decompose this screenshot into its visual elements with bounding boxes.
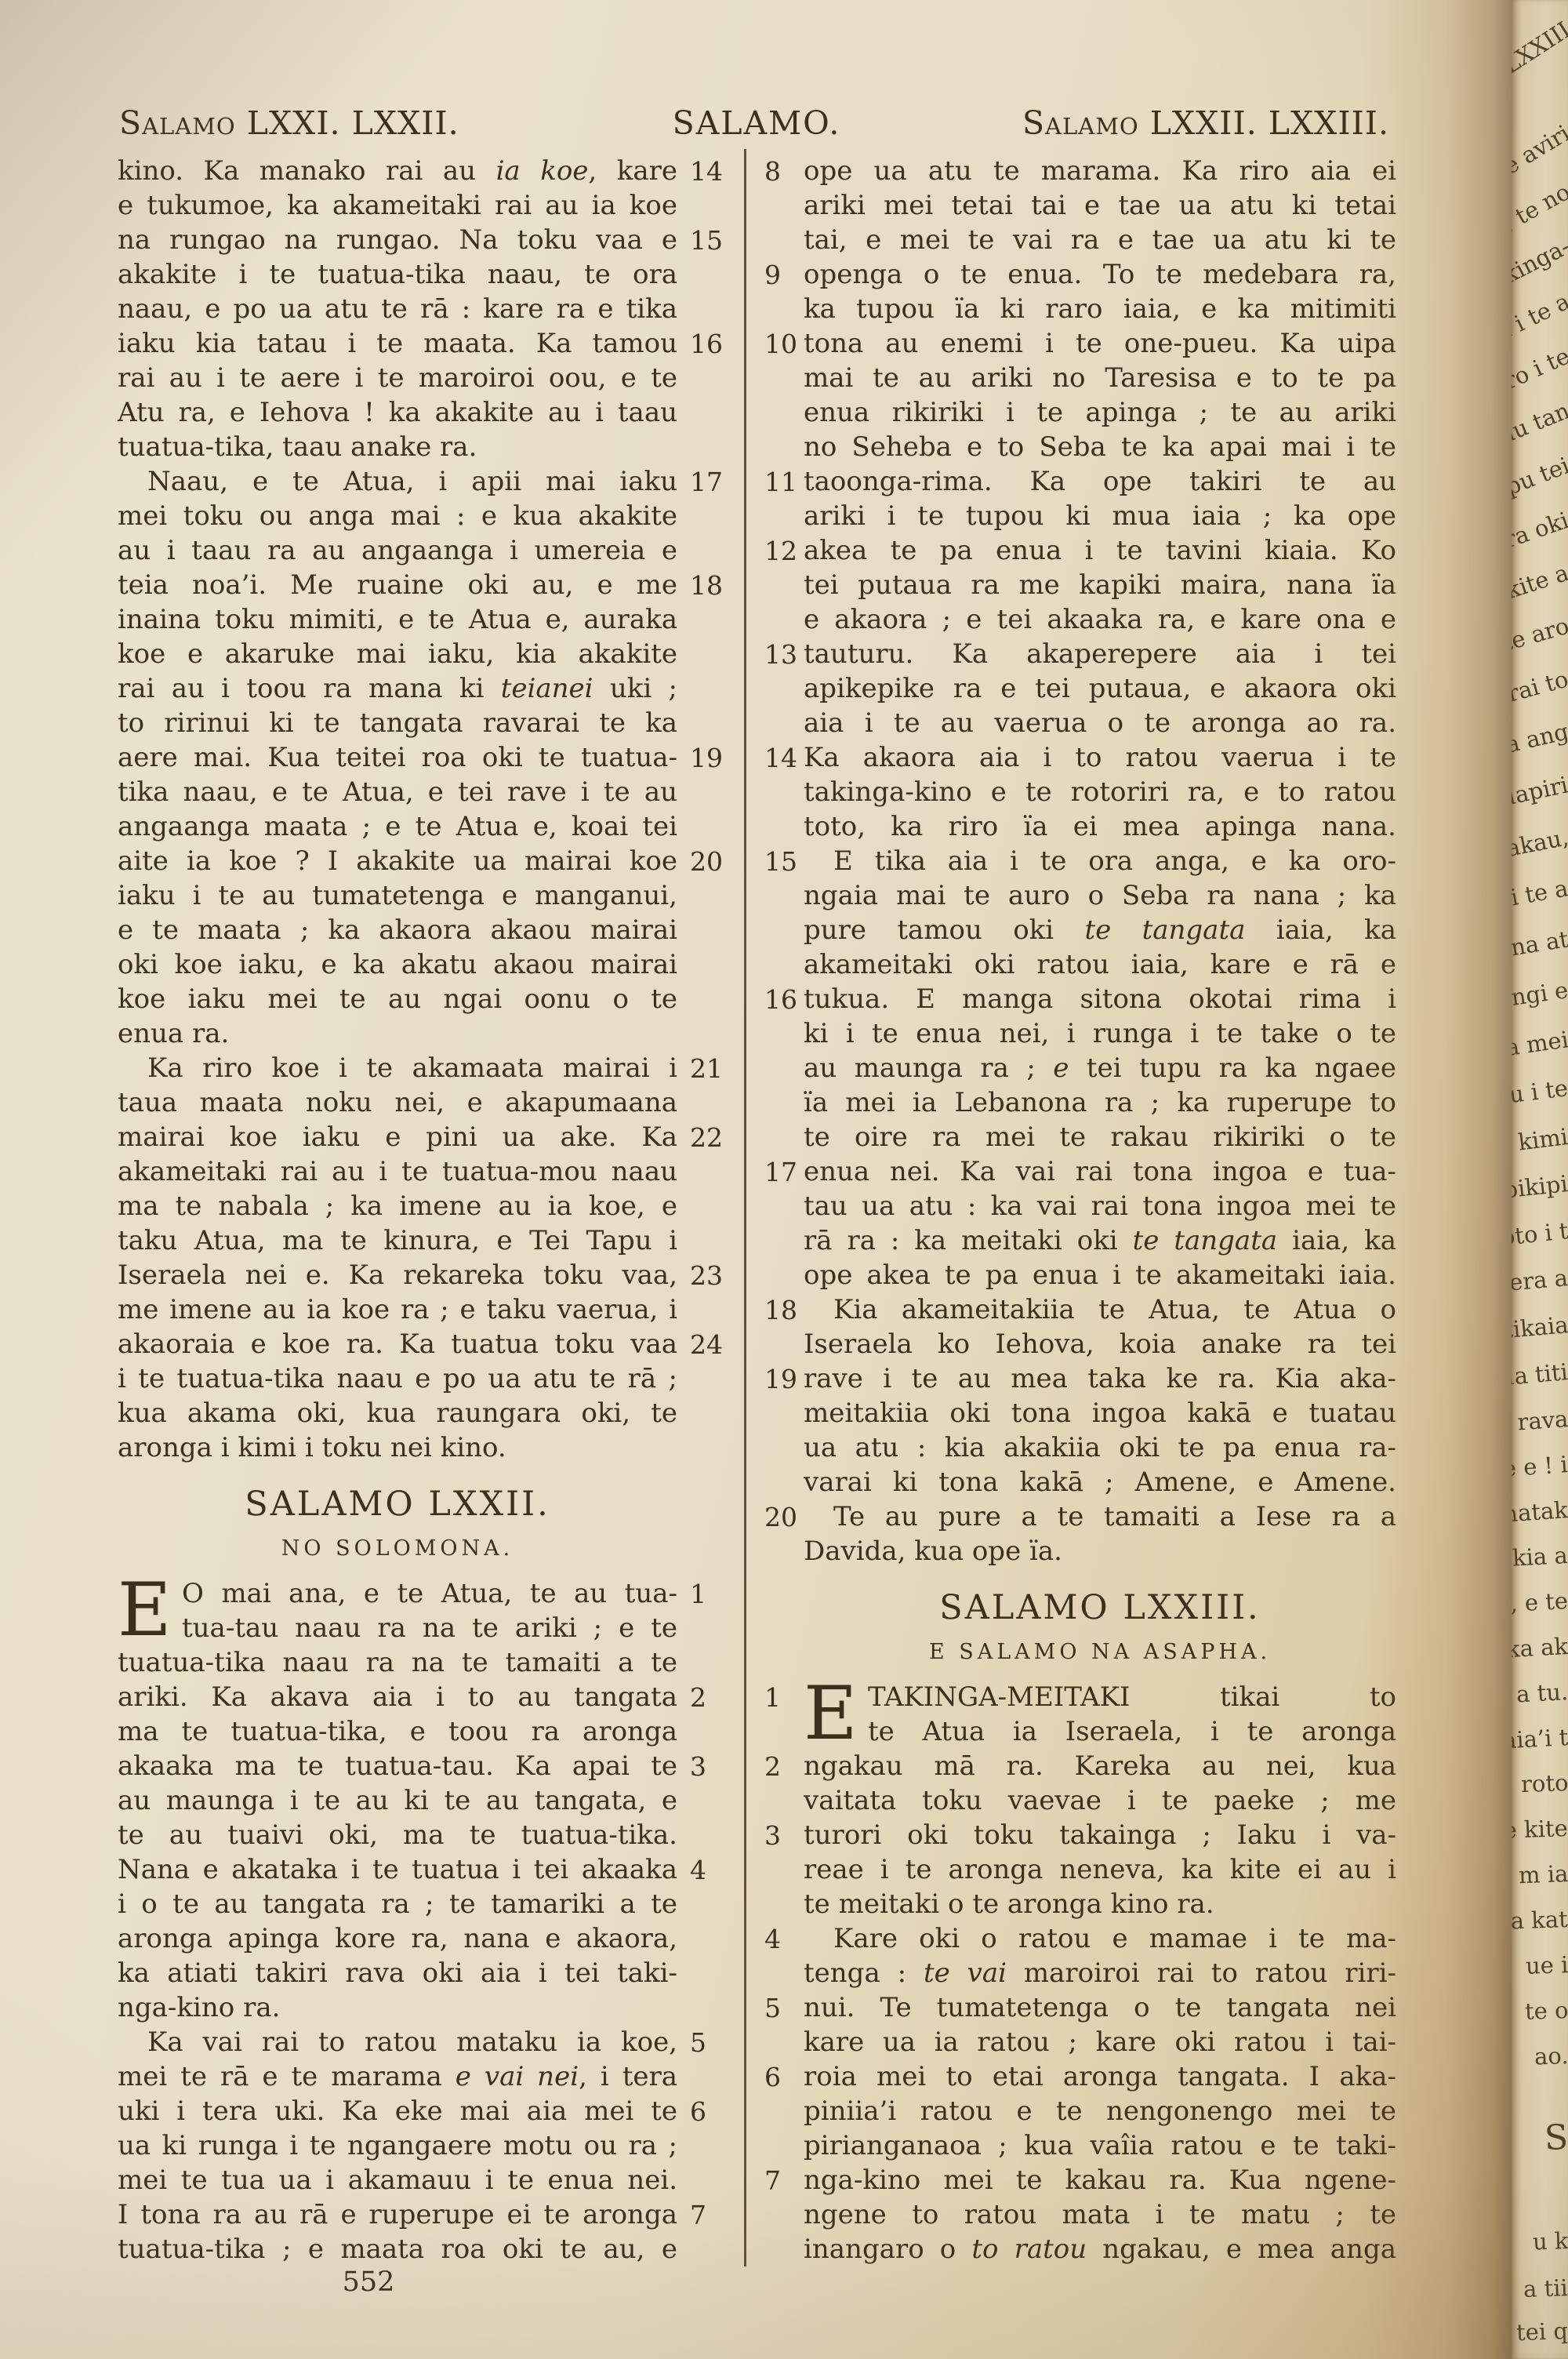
verse-text: tuatua-tika naau ra na te tamaiti a te <box>118 1645 677 1680</box>
verse-line: koe iaku mei te au ngai oonu o te <box>118 982 739 1016</box>
verse-number <box>764 499 804 533</box>
verse-line: 14Ka akaora aia i to ratou vaerua i te <box>764 740 1396 775</box>
edge-text-fragment: kia a <box>1512 1542 1568 1572</box>
verse-text: tuatua-tika, taau anake ra. <box>118 430 677 464</box>
page-number: 552 <box>118 2266 619 2298</box>
verse-line: tau ua atu : ka vai rai tona ingoa mei t… <box>764 1189 1396 1223</box>
verse-text: kare ua ia ratou ; kare oki ratou i tai- <box>804 2025 1396 2059</box>
verse-text: te Atua ia Iseraela, i te aronga <box>804 1714 1396 1749</box>
verse-text: ïa mei ia Lebanona ra ; ka ruperupe to <box>804 1085 1396 1120</box>
verse-number <box>677 706 739 740</box>
running-head-right: Salamo LXXII. LXXIII. <box>1022 104 1389 143</box>
edge-text-fragment: i roto i t <box>1512 1217 1568 1253</box>
verse-line: rai au i te aere i te maroiroi oou, e te <box>118 361 739 395</box>
verse-text: Ka vai rai to ratou mataku ia koe, <box>118 2025 677 2059</box>
verse-number <box>764 1016 804 1051</box>
verse-line: me imene au ia koe ra ; e taku vaerua, i <box>118 1292 739 1327</box>
verse-text: tona au enemi i te one-pueu. Ka uipa <box>804 326 1396 361</box>
verse-text: varai ki tona kakā ; Amene, e Amene. <box>804 1465 1396 1499</box>
verse-number: 2 <box>764 1749 804 1783</box>
verse-text: reae i te aronga neneva, ka kite ei au i <box>804 1852 1396 1887</box>
verse-text: aia i te au vaerua o te aronga ao ra. <box>804 706 1396 740</box>
verse-line: 3turori oki toku takainga ; Iaku i va- <box>764 1818 1396 1852</box>
verse-text: tukua. E manga sitona okotai rima i <box>804 982 1396 1016</box>
verse-line: tuatua-tika naau ra na te tamaiti a te <box>118 1645 739 1680</box>
verse-number: 17 <box>677 464 739 499</box>
verse-line: 8ope ua atu te marama. Ka riro aia ei <box>764 154 1396 188</box>
verse-line: rai au i toou ra mana ki teianei uki ; <box>118 671 739 706</box>
verse-text: enua nei. Ka vai rai tona ingoa e tua- <box>804 1154 1396 1189</box>
verse-text: O mai ana, e te Atua, te au tua- <box>118 1576 677 1611</box>
verse-number: 5 <box>677 2025 739 2059</box>
verse-line: ki i te enua nei, i runga i te take o te <box>764 1016 1396 1051</box>
verse-line: Iseraela nei e. Ka rekareka toku vaa,23 <box>118 1258 739 1292</box>
verse-number <box>677 1645 739 1680</box>
verse-text: e tukumoe, ka akameitaki rai au ia koe <box>118 188 677 223</box>
verse-number <box>764 1327 804 1361</box>
verse-number <box>764 430 804 464</box>
verse-line: 20Te au pure a te tamaiti a Iese ra a <box>764 1499 1396 1534</box>
edge-text-fragment: po na at <box>1512 925 1568 966</box>
verse-line: vaitata toku vaevae i te paeke ; me <box>764 1783 1396 1818</box>
verse-number <box>764 361 804 395</box>
verse-text: akameitaki rai au i te tuatua-mou naau <box>118 1154 677 1189</box>
verse-text: akameitaki oki ratou iaia, kare e rā e <box>804 947 1396 982</box>
verse-text: enua ra. <box>118 1016 677 1051</box>
verse-number: 14 <box>677 154 739 188</box>
verse-line: na rungao na rungao. Na toku vaa e15 <box>118 223 739 257</box>
verse-text: meitakiia oki tona ingoa kakā e tuatau <box>804 1396 1396 1430</box>
edge-text-fragment: kua titi <box>1512 1358 1568 1392</box>
verse-text: tika naau, e te Atua, e tei rave i te au <box>118 775 677 809</box>
verse-line: ma te nabala ; ka imene au ia koe, e <box>118 1189 739 1223</box>
verse-number: 5 <box>764 1990 804 2025</box>
edge-text-fragment: te o <box>1524 1997 1568 2025</box>
verse-number: 2 <box>677 1680 739 1714</box>
verse-text: au maunga i te au ki te au tangata, e <box>118 1783 677 1818</box>
verse-line: inaina toku mimiti, e te Atua e, auraka <box>118 602 739 637</box>
verse-number <box>764 809 804 844</box>
verse-text: te au tuaivi oki, ma te tuatua-tika. <box>118 1818 677 1852</box>
edge-text-fragment: a tu. <box>1515 1678 1568 1707</box>
verse-number <box>764 1396 804 1430</box>
verse-number: 6 <box>677 2094 739 2128</box>
verse-text: Te au pure a te tamaiti a Iese ra a <box>804 1499 1396 1534</box>
edge-text-fragment: a, e te <box>1512 1587 1568 1618</box>
verse-number: 12 <box>764 533 804 568</box>
verse-number <box>677 671 739 706</box>
next-page-edge: LXXIIITe aviri; te notakinga-ra i te aae… <box>1512 0 1568 2359</box>
verse-text: ariki i te tupou ki mua iaia ; ka ope <box>804 499 1396 533</box>
verse-number: 23 <box>677 1258 739 1292</box>
verse-number: 3 <box>764 1818 804 1852</box>
verse-text: akakite i te tuatua-tika naau, te ora <box>118 257 677 292</box>
verse-text: ariki. Ka akava aia i to au tangata <box>118 1680 677 1714</box>
verse-line: 2ngakau mā ra. Kareka au nei, kua <box>764 1749 1396 1783</box>
verse-line: 5nui. Te tumatetenga o te tangata nei <box>764 1990 1396 2025</box>
verse-line: akaaka ma te tuatua-tau. Ka apai te3 <box>118 1749 739 1783</box>
edge-text-fragment: ka ak <box>1512 1633 1568 1663</box>
edge-text-fragment: tei q <box>1516 2317 1568 2346</box>
verse-text: tai, e mei te vai ra e tae ua atu ki te <box>804 223 1396 257</box>
verse-line: ope akea te pa enua i te akameitaki iaia… <box>764 1258 1396 1292</box>
verse-line: akameitaki rai au i te tuatua-mou naau <box>118 1154 739 1189</box>
verse-number <box>677 361 739 395</box>
verse-number: 19 <box>764 1361 804 1396</box>
verse-line: Ka riro koe i te akamaata mairai i21 <box>118 1051 739 1085</box>
edge-text-fragment: i u i te <box>1512 1074 1568 1110</box>
verse-text: tuatua-tika ; e maata roa oki te au, e <box>118 2232 677 2266</box>
verse-text: E tika aia i te ora anga, e ka oro- <box>804 844 1396 878</box>
verse-text: turori oki toku takainga ; Iaku i va- <box>804 1818 1396 1852</box>
verse-line: pure tamou oki te tangata iaia, ka <box>764 913 1396 947</box>
verse-number: 4 <box>677 1852 739 1887</box>
verse-line: mei te rā e te marama e vai nei, i tera <box>118 2059 739 2094</box>
verse-number <box>764 706 804 740</box>
verse-text: aronga i kimi i toku nei kino. <box>118 1430 677 1465</box>
verse-number: 18 <box>677 568 739 602</box>
verse-text: Ka riro koe i te akamaata mairai i <box>118 1051 677 1085</box>
verse-number <box>764 223 804 257</box>
verse-number <box>764 1085 804 1120</box>
verse-text: apikepike ra e tei putaua, e akaora oki <box>804 671 1396 706</box>
verse-text: ka tupou ïa ki raro iaia, e ka mitimiti <box>804 292 1396 326</box>
verse-line: 19rave i te au mea taka ke ra. Kia aka- <box>764 1361 1396 1396</box>
verse-line: aia i te au vaerua o te aronga ao ra. <box>764 706 1396 740</box>
verse-text: Nana e akataka i te tuatua i tei akaaka <box>118 1852 677 1887</box>
verse-text: ngaia mai te auro o Seba ra nana ; ka <box>804 878 1396 913</box>
verse-text: enua rikiriki i te apinga ; te au ariki <box>804 395 1396 430</box>
verse-text: Iseraela ko Iehova, koia anake ra tei <box>804 1327 1396 1361</box>
verse-number: 15 <box>764 844 804 878</box>
verse-text: kua akama oki, kua raungara oki, te <box>118 1396 677 1430</box>
verse-text: piniia’i ratou e te nengonengo mei te <box>804 2094 1396 2128</box>
verse-number: 11 <box>764 464 804 499</box>
verse-line: iaku kia tatau i te maata. Ka tamou16 <box>118 326 739 361</box>
verse-text: akaoraia e koe ra. Ka tuatua toku vaa <box>118 1327 677 1361</box>
verse-text: iaku kia tatau i te maata. Ka tamou <box>118 326 677 361</box>
edge-text-fragment: i te a <box>1512 874 1568 911</box>
verse-number: 17 <box>764 1154 804 1189</box>
verse-number <box>764 947 804 982</box>
verse-text: au maunga ra ; e tei tupu ra ka ngaee <box>804 1051 1396 1085</box>
column-divider-rule <box>744 149 746 2266</box>
verse-text: to ririnui ki te tangata ravarai te ka <box>118 706 677 740</box>
verse-line: 1TAKINGA-MEITAKI tikai toE <box>764 1680 1396 1714</box>
edge-text-fragment: ; te no <box>1512 178 1568 237</box>
verse-line: kua akama oki, kua raungara oki, te <box>118 1396 739 1430</box>
verse-number: 6 <box>764 2059 804 2094</box>
verse-text: mei te rā e te marama e vai nei, i tera <box>118 2059 677 2094</box>
verse-number <box>677 1783 739 1818</box>
verse-line: meitakiia oki tona ingoa kakā e tuatau <box>764 1396 1396 1430</box>
verse-line: ua ki runga i te ngangaere motu ou ra ; <box>118 2128 739 2163</box>
verse-number <box>764 1887 804 1921</box>
verse-text: Kia akameitakiia te Atua, te Atua o <box>804 1292 1396 1327</box>
verse-number <box>764 602 804 637</box>
edge-text-fragment: roto <box>1520 1769 1568 1797</box>
verse-line: tuatua-tika, taau anake ra. <box>118 430 739 464</box>
verse-number <box>764 1051 804 1085</box>
verse-number <box>764 1852 804 1887</box>
verse-text: uki i tera uki. Ka eke mai aia mei te <box>118 2094 677 2128</box>
verse-number <box>764 775 804 809</box>
verse-line: au i taau ra au angaanga i umereia e <box>118 533 739 568</box>
verse-line: tai, e mei te vai ra e tae ua atu ki te <box>764 223 1396 257</box>
verse-text: ma te nabala ; ka imene au ia koe, e <box>118 1189 677 1223</box>
verse-text: vaitata toku vaevae i te paeke ; me <box>804 1783 1396 1818</box>
verse-line: Davida, kua ope ïa. <box>764 1534 1396 1568</box>
edge-text-fragment: tikaia <box>1512 1311 1568 1343</box>
verse-line: Iseraela ko Iehova, koia anake ra tei <box>764 1327 1396 1361</box>
verse-line: 12akea te pa enua i te tavini kiaia. Ko <box>764 533 1396 568</box>
verse-number <box>677 1921 739 1956</box>
verse-number: 3 <box>677 1749 739 1783</box>
verse-line: aronga apinga kore ra, nana e akaora, <box>118 1921 739 1956</box>
verse-line: 13tauturu. Ka akaperepere aia i tei <box>764 637 1396 671</box>
verse-number <box>764 2197 804 2232</box>
verse-number <box>764 1534 804 1568</box>
verse-number <box>677 982 739 1016</box>
verse-text: ki i te enua nei, i runga i te take o te <box>804 1016 1396 1051</box>
verse-text: teia noa’i. Me ruaine oki au, e me <box>118 568 677 602</box>
verse-line: no Seheba e to Seba te ka apai mai i te <box>764 430 1396 464</box>
verse-text: mai te au ariki no Taresisa e to te pa <box>804 361 1396 395</box>
verse-text: koe iaku mei te au ngai oonu o te <box>118 982 677 1016</box>
verse-number: 1 <box>677 1576 739 1611</box>
edge-text-fragment: kapu tei <box>1512 452 1568 511</box>
verse-line: te oire ra mei te rakau rikiriki o te <box>764 1120 1396 1154</box>
verse-number <box>764 1956 804 1990</box>
verse-text: taoonga-rima. Ka ope takiri te au <box>804 464 1396 499</box>
verse-line: inangaro o to ratou ngakau, e mea anga <box>764 2232 1396 2266</box>
verse-line: enua ra. <box>118 1016 739 1051</box>
verse-line: pirianganaoa ; kua vaîia ratou e te taki… <box>764 2128 1396 2163</box>
verse-text: roia mei to etai aronga tangata. I aka- <box>804 2059 1396 2094</box>
verse-line: Naau, e te Atua, i apii mai iaku17 <box>118 464 739 499</box>
verse-number <box>764 2025 804 2059</box>
verse-number <box>764 878 804 913</box>
verse-line: koe e akaruke mai iaku, kia akakite <box>118 637 739 671</box>
verse-text: angaanga maata ; e te Atua e, koai tei <box>118 809 677 844</box>
edge-text-fragment: na kat <box>1512 1906 1568 1935</box>
verse-line: 15E tika aia i te ora anga, e ka oro- <box>764 844 1396 878</box>
verse-number <box>677 499 739 533</box>
verse-line: apikepike ra e tei putaua, e akaora oki <box>764 671 1396 706</box>
verse-number <box>677 1714 739 1749</box>
edge-text-fragment: ra oki <box>1512 507 1568 554</box>
verse-number <box>677 1990 739 2025</box>
verse-line: akameitaki oki ratou iaia, kare e rā e <box>764 947 1396 982</box>
verse-text: te meitaki o te aronga kino ra. <box>804 1887 1396 1921</box>
edge-text-fragment: te kite <box>1512 1815 1568 1844</box>
verse-line: uki i tera uki. Ka eke mai aia mei te6 <box>118 2094 739 2128</box>
verse-line: te meitaki o te aronga kino ra. <box>764 1887 1396 1921</box>
verse-number: 4 <box>764 1921 804 1956</box>
verse-text: ngakau mā ra. Kareka au nei, kua <box>804 1749 1396 1783</box>
verse-number <box>677 1292 739 1327</box>
verse-number <box>677 1818 739 1852</box>
verse-line: 4Kare oki o ratou e mamae i te ma- <box>764 1921 1396 1956</box>
verse-line: ngaia mai te auro o Seba ra nana ; ka <box>764 878 1396 913</box>
verse-number <box>677 2059 739 2094</box>
verse-number <box>764 1189 804 1223</box>
verse-text: I tona ra au rā e ruperupe ei te aronga <box>118 2197 677 2232</box>
edge-text-fragment: te e ! i <box>1512 1451 1568 1483</box>
verse-line: i te tuatua-tika naau e po ua atu te rā … <box>118 1361 739 1396</box>
verse-text: Atu ra, e Iehova ! ka akakite au i taau <box>118 395 677 430</box>
edge-text-fragment: u k <box>1532 2227 1568 2255</box>
verse-number: 21 <box>677 1051 739 1085</box>
verse-text: pure tamou oki te tangata iaia, ka <box>804 913 1396 947</box>
verse-number: 14 <box>764 740 804 775</box>
edge-text-fragment: S <box>1544 2117 1568 2158</box>
verse-number <box>677 947 739 982</box>
verse-text: rā ra : ka meitaki oki te tangata iaia, … <box>804 1223 1396 1258</box>
verse-text: openga o te enua. To te medebara ra, <box>804 257 1396 292</box>
verse-number <box>677 2232 739 2266</box>
verse-number <box>677 2163 739 2197</box>
verse-number <box>677 2128 739 2163</box>
verse-number: 22 <box>677 1120 739 1154</box>
verse-line: aite ia koe ? I akakite ua mairai koe20 <box>118 844 739 878</box>
verse-text: ariki mei tetai tai e tae ua atu ki teta… <box>804 188 1396 223</box>
verse-text: mairai koe iaku e pini ua ake. Ka <box>118 1120 677 1154</box>
edge-text-fragment: pikipi <box>1512 1170 1568 1203</box>
edge-text-fragment: ngi e <box>1512 976 1568 1011</box>
verse-text: tei putaua ra me kapiki maira, nana ïa <box>804 568 1396 602</box>
verse-line: e akaora ; e tei akaaka ra, e kare ona e <box>764 602 1396 637</box>
verse-text: TAKINGA-MEITAKI tikai to <box>804 1680 1396 1714</box>
verse-text: te oire ra mei te rakau rikiriki o te <box>804 1120 1396 1154</box>
verse-number <box>764 1258 804 1292</box>
verse-line: reae i te aronga neneva, ka kite ei au i <box>764 1852 1396 1887</box>
verse-line: tuatua-tika ; e maata roa oki te au, e <box>118 2232 739 2266</box>
verse-text: tau ua atu : ka vai rai tona ingoa mei t… <box>804 1189 1396 1223</box>
verse-text: ua ki runga i te ngangaere motu ou ra ; <box>118 2128 677 2163</box>
verse-text: akaaka ma te tuatua-tau. Ka apai te <box>118 1749 677 1783</box>
verse-line: to ririnui ki te tangata ravarai te ka <box>118 706 739 740</box>
verse-text: inaina toku mimiti, e te Atua e, auraka <box>118 602 677 637</box>
verse-line: ma te tuatua-tika, e toou ra aronga <box>118 1714 739 1749</box>
verse-line: 18Kia akameitakiia te Atua, te Atua o <box>764 1292 1396 1327</box>
edge-text-fragment: a i kimi <box>1512 1123 1568 1160</box>
verse-text: tua-tau naau ra na te ariki ; e te <box>118 1611 677 1645</box>
verse-number: 16 <box>677 326 739 361</box>
edge-text-fragment: Te aviri <box>1512 119 1568 187</box>
verse-number <box>764 1223 804 1258</box>
verse-text: ope akea te pa enua i te akameitaki iaia… <box>804 1258 1396 1292</box>
verse-number: 24 <box>677 1327 739 1361</box>
verse-text: Naau, e te Atua, i apii mai iaku <box>118 464 677 499</box>
verse-text: iaku i te au tumatetenga e manganui, <box>118 878 677 913</box>
verse-text: ua atu : kia akakiia oki te pa enua ra- <box>804 1430 1396 1465</box>
verse-number <box>677 1361 739 1396</box>
edge-text-fragment: ao. <box>1534 2042 1568 2070</box>
verse-line: akaoraia e koe ra. Ka tuatua toku vaa24 <box>118 1327 739 1361</box>
verse-text: takinga-kino e te rotoriri ra, e to rato… <box>804 775 1396 809</box>
edge-text-fragment: LXXIII <box>1512 16 1568 79</box>
verse-number <box>677 1189 739 1223</box>
edge-text-fragment: puapiri <box>1512 771 1568 814</box>
verse-text: toto, ka riro ïa ei mea apinga nana. <box>804 809 1396 844</box>
verse-text: Ka akaora aia i to ratou vaerua i te <box>804 740 1396 775</box>
verse-line: aere mai. Kua teitei roa oki te tuatua-1… <box>118 740 739 775</box>
verse-number: 18 <box>764 1292 804 1327</box>
verse-text: oki koe iaku, e ka akatu akaou mairai <box>118 947 677 982</box>
verse-number <box>764 2232 804 2266</box>
verse-number <box>677 1956 739 1990</box>
verse-line: tei putaua ra me kapiki maira, nana ïa <box>764 568 1396 602</box>
psalm-heading: SALAMO LXXII. <box>118 1465 739 1525</box>
verse-line: tua-tau naau ra na te ariki ; e te <box>118 1611 739 1645</box>
verse-number: 9 <box>764 257 804 292</box>
verse-text: Davida, kua ope ïa. <box>804 1534 1396 1568</box>
verse-line: akakite i te tuatua-tika naau, te ora <box>118 257 739 292</box>
verse-text: nga-kino mei te kakau ra. Kua ngene- <box>804 2163 1396 2197</box>
verse-line: teia noa’i. Me ruaine oki au, e me18 <box>118 568 739 602</box>
verse-line: ariki i te tupou ki mua iaia ; ka ope <box>764 499 1396 533</box>
edge-text-fragment: ata ang <box>1512 718 1568 763</box>
verse-line: naau, e po ua atu te rā : kare ra e tika <box>118 292 739 326</box>
verse-text: koe e akaruke mai iaku, kia akakite <box>118 637 677 671</box>
verse-text: ma te tuatua-tika, e toou ra aronga <box>118 1714 677 1749</box>
edge-text-fragment: e matak <box>1512 1496 1568 1529</box>
verse-line: I tona ra au rā e ruperupe ei te aronga7 <box>118 2197 739 2232</box>
verse-text: taku Atua, ma te kinura, e Tei Tapu i <box>118 1223 677 1258</box>
verse-line: mei toku ou anga mai : e kua akakite <box>118 499 739 533</box>
verse-line: angaanga maata ; e te Atua e, koai tei <box>118 809 739 844</box>
right-text-column: 8ope ua atu te marama. Ka riro aia eiari… <box>764 154 1396 2266</box>
verse-line: kare ua ia ratou ; kare oki ratou i tai- <box>764 2025 1396 2059</box>
verse-number <box>677 395 739 430</box>
verse-number: 15 <box>677 223 739 257</box>
edge-text-fragment: m ia <box>1518 1860 1568 1888</box>
verse-text: aere mai. Kua teitei roa oki te tuatua- <box>118 740 677 775</box>
verse-number <box>764 913 804 947</box>
verse-line: takinga-kino e te rotoriri ra, e to rato… <box>764 775 1396 809</box>
verse-number <box>677 1085 739 1120</box>
psalm-subtitle: NO SOLOMONA. <box>118 1525 739 1576</box>
verse-number <box>764 568 804 602</box>
verse-number <box>677 1016 739 1051</box>
verse-line: ariki mei tetai tai e tae ua atu ki teta… <box>764 188 1396 223</box>
verse-number <box>677 1611 739 1645</box>
verse-number <box>764 1714 804 1749</box>
verse-number <box>677 1223 739 1258</box>
verse-text: inangaro o to ratou ngakau, e mea anga <box>804 2232 1396 2266</box>
verse-number: 16 <box>764 982 804 1016</box>
verse-text: Kare oki o ratou e mamae i te ma- <box>804 1921 1396 1956</box>
verse-line: enua rikiriki i te apinga ; te au ariki <box>764 395 1396 430</box>
verse-text: taua maata noku nei, e akapumaana <box>118 1085 677 1120</box>
verse-number: 1 <box>764 1680 804 1714</box>
verse-line: mai te au ariki no Taresisa e to te pa <box>764 361 1396 395</box>
verse-line: varai ki tona kakā ; Amene, e Amene. <box>764 1465 1396 1499</box>
psalm-subtitle: E SALAMO NA ASAPHA. <box>764 1628 1396 1680</box>
verse-line: i o te au tangata ra ; te tamariki a te <box>118 1887 739 1921</box>
verse-line: piniia’i ratou e te nengonengo mei te <box>764 2094 1396 2128</box>
verse-number: 8 <box>764 154 804 188</box>
verse-text: e te maata ; ka akaora akaou mairai <box>118 913 677 947</box>
verse-text: me imene au ia koe ra ; e taku vaerua, i <box>118 1292 677 1327</box>
verse-text: rai au i te aere i te maroiroi oou, e te <box>118 361 677 395</box>
verse-line: Atu ra, e Iehova ! ka akakite au i taau <box>118 395 739 430</box>
verse-line: e tukumoe, ka akameitaki rai au ia koe <box>118 188 739 223</box>
verse-number <box>764 1783 804 1818</box>
edge-text-fragment: ai rai to <box>1512 666 1568 714</box>
verse-number <box>677 1430 739 1465</box>
